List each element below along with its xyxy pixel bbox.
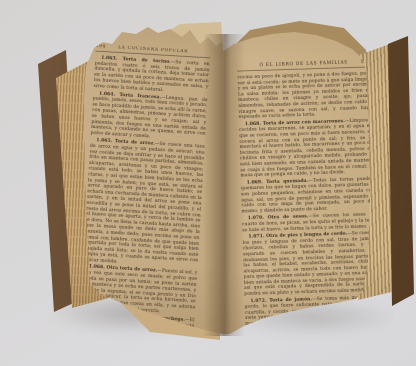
recipe-entry: 1.065. Torta de arroz.—Se cuece una taza… [83, 137, 205, 269]
right-header-rule [237, 67, 370, 72]
recipe-entry-heading: 1.070. Otra de sesos. [248, 214, 309, 221]
recipe-entry-heading: 1.071. Otra de pies y lengua de cerdo. [248, 231, 347, 239]
left-header-rule [96, 51, 211, 59]
recipe-entry-heading: 1.063. Torta de tocino. [101, 55, 171, 64]
recipe-entry: 1.071. Otra de pies y lengua de cerdo.—S… [242, 230, 377, 297]
recipe-entry: 1.063. Torta de tocino.—Se corta en peda… [93, 55, 210, 96]
recipe-entry-heading: 1.065. Torta de arroz. [96, 137, 155, 146]
book-photo: 194 LA COCINERA POPULAR 1.063. Torta de … [0, 0, 416, 366]
recipe-entry-heading: 1.064. Torta francesa. [99, 91, 161, 100]
recipe-entry: 1.064. Torta francesa.—Lengua, pan de pu… [91, 90, 208, 142]
right-running-title: Ó EL LIBRO DE LAS FAMILIAS [249, 60, 359, 69]
right-page-text: Ó EL LIBRO DE LAS FAMILIAS 195 cocina en… [237, 60, 379, 329]
recipe-entry: 1.068. Torta de arroz con macarrones.—Li… [239, 117, 374, 178]
continuation-paragraph: cocina en poco de ajonjolí, y se pone á … [237, 70, 372, 120]
recipe-entry-heading: 1.072. Torta de jamón. [250, 296, 312, 303]
recipe-entry: 1.069. Torta quemada.—Todas las tortas p… [241, 176, 376, 214]
recipe-entry: 1.070. Otra de sesos.—Se cuecen los seso… [242, 211, 376, 232]
recipe-entry-heading: 1.068. Torta de arroz con macarrones. [245, 118, 345, 126]
right-recipe-entries: 1.068. Torta de arroz con macarrones.—Li… [239, 117, 379, 326]
recipe-entry-heading: 1.066. Otra torta de arroz. [89, 264, 158, 273]
left-running-title: LA COCINERA POPULAR [108, 45, 199, 56]
gutter-shadow [203, 34, 245, 336]
right-page-header: Ó EL LIBRO DE LAS FAMILIAS 195 [237, 60, 371, 70]
recipe-entry-heading: 1.069. Torta quemada. [247, 178, 309, 185]
left-page-header: 194 LA COCINERA POPULAR [96, 44, 211, 56]
